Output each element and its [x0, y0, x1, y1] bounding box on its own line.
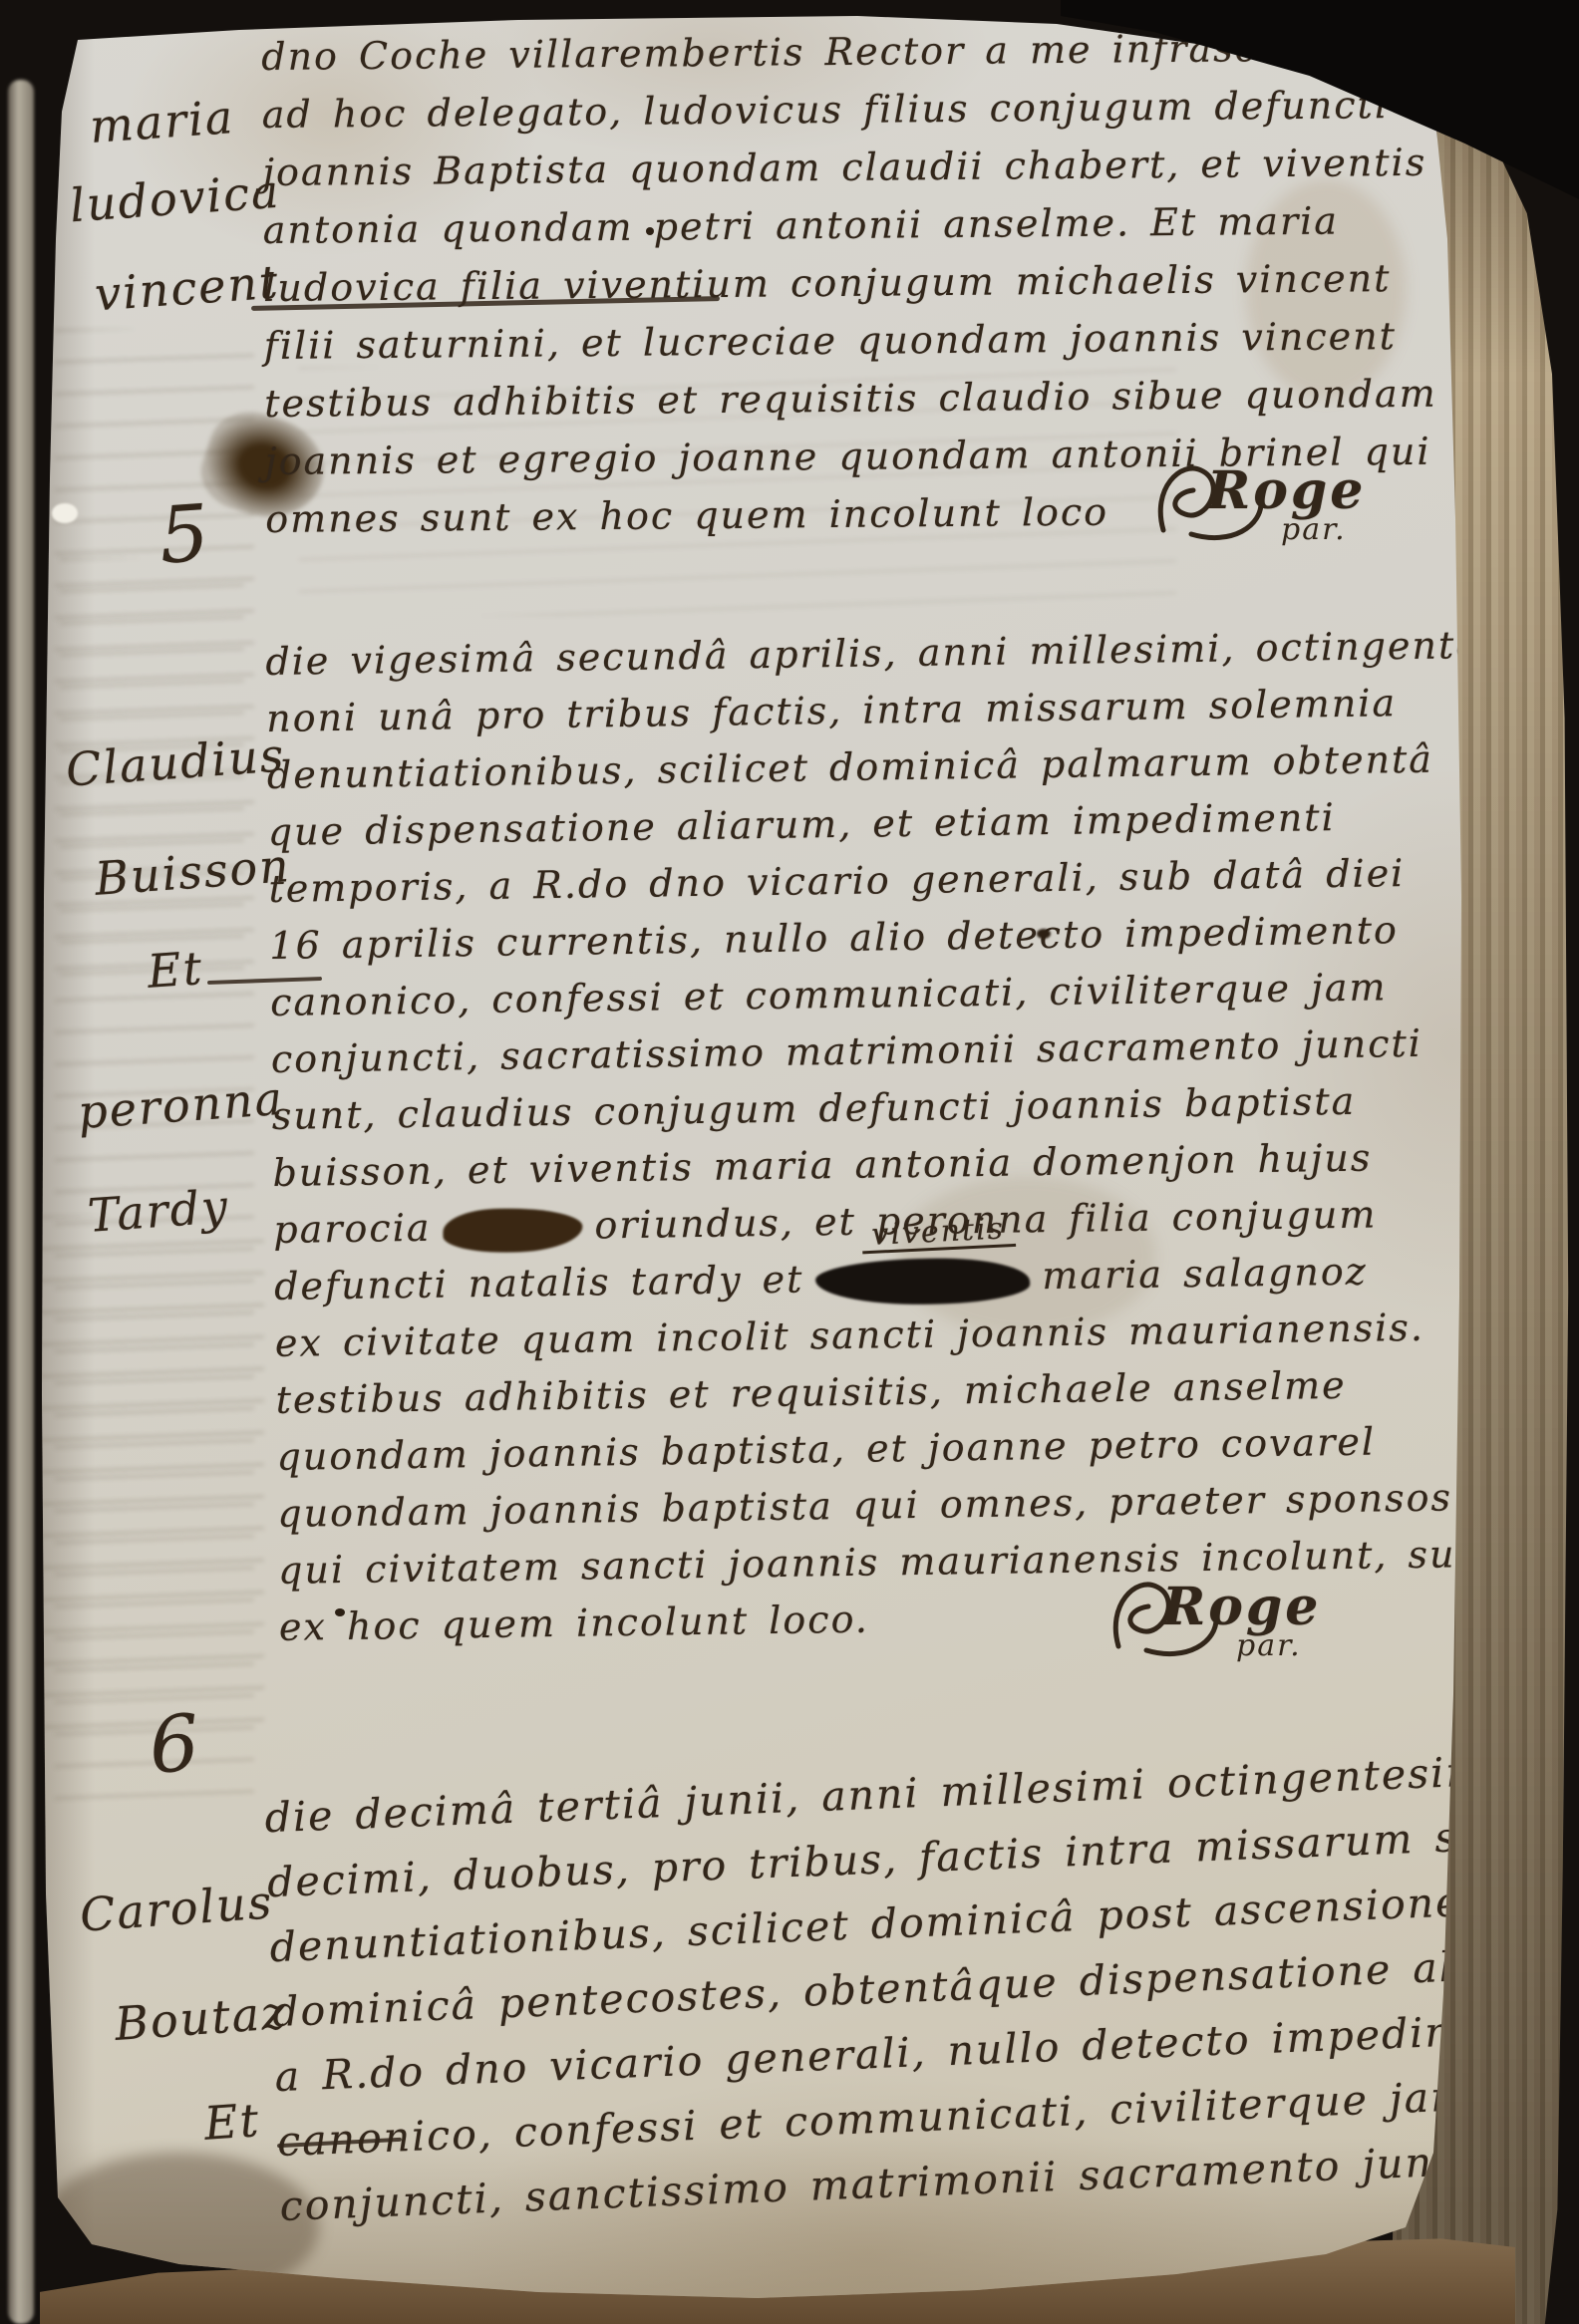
record-line: testibus adhibitis et requisitis claudio…	[264, 364, 1510, 433]
record-block-entry-5: die vigesimâ secundâ aprilis, anni mille…	[265, 617, 1525, 1656]
scanned-register-photo: maria ludovica vincent 5 Claudius Buisso…	[0, 0, 1579, 2324]
margin-note-bride-first-name: maria	[88, 90, 236, 153]
record-text: defuncti natalis tardy et	[274, 1258, 804, 1308]
ink-speck	[335, 1608, 345, 1616]
margin-note-groom2-surname: Boutaz	[113, 1985, 289, 2051]
record-line: antonia quondam petri antonii anselme. E…	[263, 190, 1509, 259]
priest-signature: Roge par.	[1161, 460, 1366, 521]
margin-note-groom2-name: Carolus	[78, 1875, 275, 1941]
facing-page-edge	[8, 80, 34, 2324]
margin-note-bride-middle-name: ludovica	[68, 164, 282, 233]
redaction-blot	[815, 1257, 1031, 1306]
interlinear-insertion: viventis	[861, 1214, 1016, 1254]
signature-title: par.	[1236, 1628, 1302, 1663]
record-line: joannis Baptista quondam claudii chabert…	[262, 133, 1508, 201]
register-page: maria ludovica vincent 5 Claudius Buisso…	[0, 0, 1579, 2324]
priest-signature: Roge par.	[1116, 1577, 1321, 1637]
ink-speck	[1037, 929, 1051, 939]
record-line: ad hoc delegato, ludovicus filius conjug…	[262, 75, 1508, 144]
record-text: parocia	[273, 1206, 432, 1252]
record-block-entry-6: die decimâ tertiâ junii, anni millesimi …	[264, 1739, 1517, 2239]
margin-note-et: Et	[202, 2093, 262, 2151]
signature-title: par.	[1281, 512, 1347, 547]
entry-number-6: 6	[147, 1698, 204, 1791]
record-text: maria salagnoz	[1042, 1250, 1368, 1299]
redaction-blot	[443, 1207, 583, 1253]
entry-number-5: 5	[157, 488, 214, 581]
record-line: ludovica filia viventium conjugum michae…	[263, 248, 1509, 317]
ink-speck	[646, 227, 654, 235]
margin-note-bride2-surname: Tardy	[86, 1179, 230, 1243]
signature-paraph-icon	[1147, 452, 1267, 548]
margin-note-et: Et	[146, 941, 205, 999]
margin-note-bride-surname: vincent	[93, 255, 281, 322]
paper-chip	[52, 503, 78, 523]
record-line: filii saturnini, et lucreciae quondam jo…	[264, 306, 1510, 375]
bleed-through-ghost	[30, 1216, 264, 1734]
signature-paraph-icon	[1103, 1569, 1222, 1664]
